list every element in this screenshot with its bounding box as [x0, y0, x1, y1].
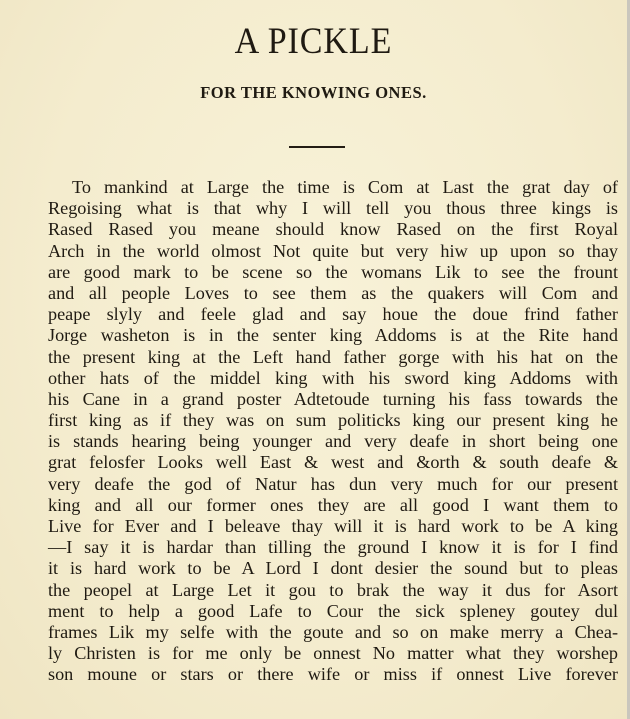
text-line: is stands hearing being younger and very… — [48, 431, 618, 452]
section-divider — [289, 146, 345, 148]
book-page: A PICKLE FOR THE KNOWING ONES. To mankin… — [0, 0, 627, 719]
body-paragraph: To mankind at Large the time is Com at L… — [48, 177, 618, 686]
text-line: and all people Loves to see them as the … — [48, 283, 618, 304]
text-line: Regoising what is that why I will tell y… — [48, 198, 618, 219]
text-line: peape slyly and feele glad and say houe … — [48, 304, 618, 325]
text-line: Rased Rased you meane should know Rased … — [48, 219, 618, 240]
text-line: the peopel at Large Let it gou to brak t… — [48, 580, 618, 601]
text-line: Jorge washeton is in the senter king Add… — [48, 325, 618, 346]
text-line: first king as if they was on sum politic… — [48, 410, 618, 431]
page-subtitle: FOR THE KNOWING ONES. — [0, 82, 627, 104]
text-line: son moune or stars or there wife or miss… — [48, 664, 618, 685]
text-line: —I say it is hardar than tilling the gro… — [48, 537, 618, 558]
text-line: To mankind at Large the time is Com at L… — [48, 177, 618, 198]
text-line: the present king at the Left hand father… — [48, 347, 618, 368]
text-line: king and all our former ones they are al… — [48, 495, 618, 516]
text-line: are good mark to be scene so the womans … — [48, 262, 618, 283]
text-line: his Cane in a grand poster Adtetoude tur… — [48, 389, 618, 410]
text-line: ment to help a good Lafe to Cour the sic… — [48, 601, 618, 622]
text-line: frames Lik my selfe with the goute and s… — [48, 622, 618, 643]
text-line: other hats of the middel king with his s… — [48, 368, 618, 389]
text-line: grat felosfer Looks well East & west and… — [48, 452, 618, 473]
text-line: Live for Ever and I beleave thay will it… — [48, 516, 618, 537]
text-line: Arch in the world olmost Not quite but v… — [48, 241, 618, 262]
page-title: A PICKLE — [25, 20, 602, 64]
text-line: ly Christen is for me only be onnest No … — [48, 643, 618, 664]
text-line: it is hard work to be A Lord I dont desi… — [48, 558, 618, 579]
text-line: very deafe the god of Natur has dun very… — [48, 474, 618, 495]
